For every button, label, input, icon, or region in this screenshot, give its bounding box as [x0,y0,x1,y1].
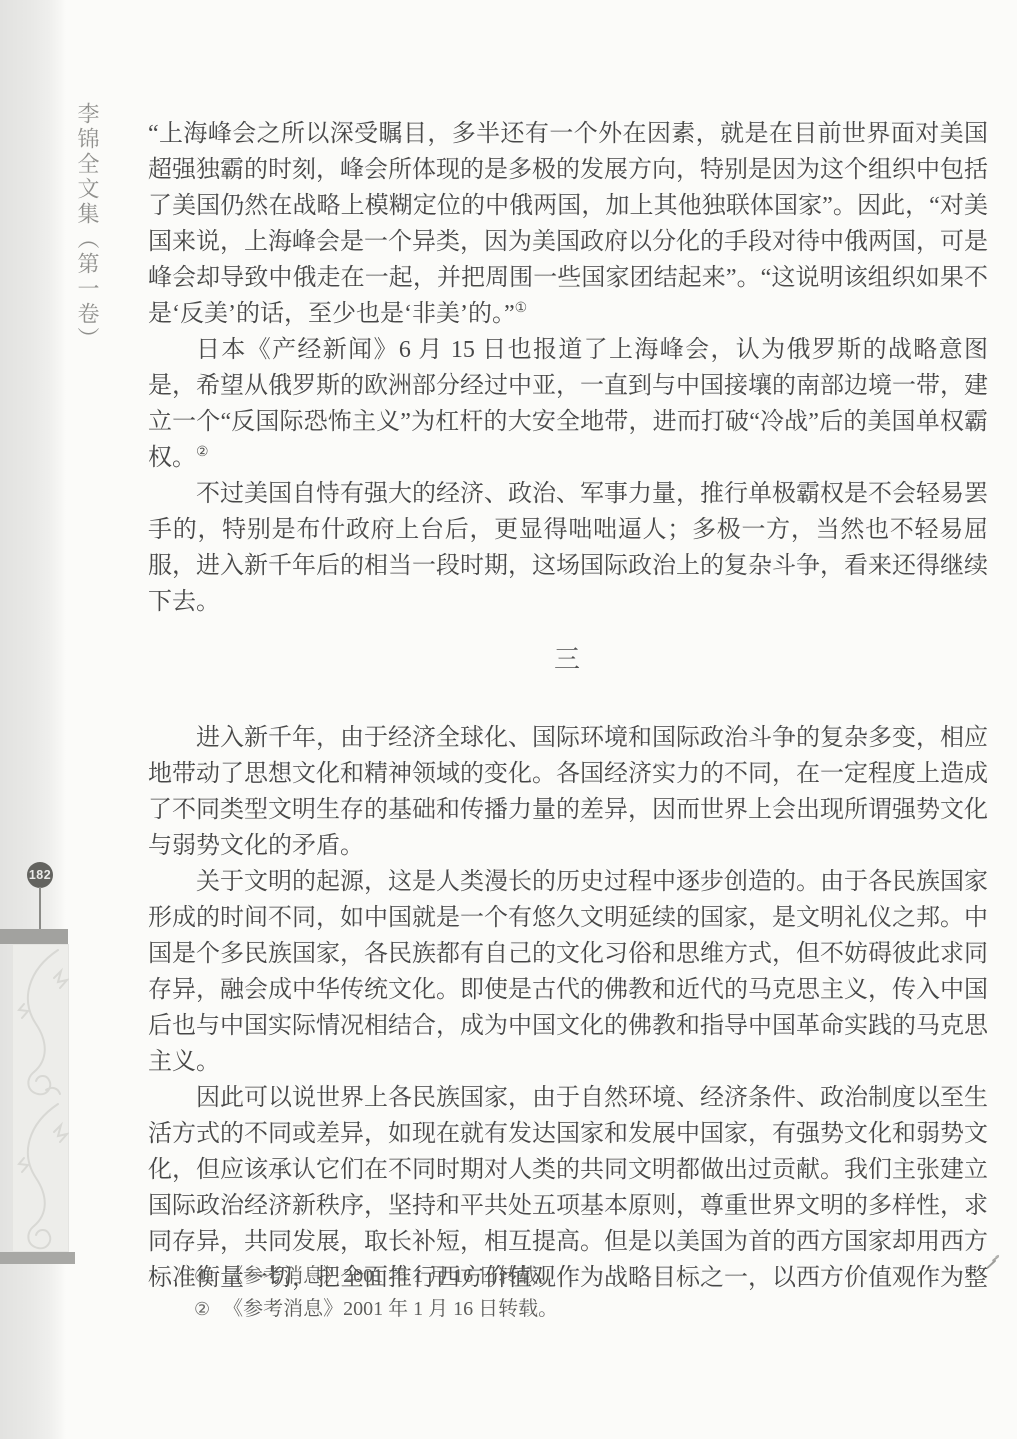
paragraph-4-text: 进入新千年，由于经济全球化、国际环境和国际政治斗争的复杂多变，相应地带动了思想文… [148,725,988,859]
footnote-2: ②《参考消息》2001 年 1 月 16 日转载。 [194,1293,558,1326]
ornament-top-bar [0,929,68,944]
footnote-2-marker: ② [194,1293,210,1326]
scroll-pattern-icon [12,944,69,1252]
footnotes: ①《参考消息》2001 年 1 月 16 日转载。 ②《参考消息》2001 年 … [194,1260,558,1326]
paragraph-3-text: 不过美国自恃有强大的经济、政治、军事力量，推行单极霸权是不会轻易罢手的，特别是布… [148,481,988,615]
ornament-panel [12,944,69,1252]
page-body-text: “上海峰会之所以深受瞩目，多半还有一个外在因素，就是在目前世界面对美国超强独霸的… [148,116,988,1296]
paragraph-3: 不过美国自恃有强大的经济、政治、军事力量，推行单极霸权是不会轻易罢手的，特别是布… [148,476,988,620]
ornament-bottom-bar [0,1252,75,1264]
paragraph-5-text: 关于文明的起源，这是人类漫长的历史过程中逐步创造的。由于各民族国家形成的时间不同… [148,869,988,1075]
paragraph-1-text: “上海峰会之所以深受瞩目，多半还有一个外在因素，就是在目前世界面对美国超强独霸的… [148,121,988,327]
spine-title: 李锦全文集（第一卷） [72,102,103,402]
book-page: 李锦全文集（第一卷） 182 “上海峰会之所以深受瞩目，多半还有一个外在因素，就… [0,0,1017,1439]
footnote-ref-2: ② [196,445,209,460]
footnote-1: ①《参考消息》2001 年 1 月 16 日转载。 [194,1260,558,1293]
footnote-1-text: 《参考消息》2001 年 1 月 16 日转载。 [223,1265,558,1287]
page-number-badge: 182 [27,862,53,888]
paragraph-2-text: 日本《产经新闻》6 月 15 日也报道了上海峰会，认为俄罗斯的战略意图是，希望从… [148,337,988,471]
paragraph-2: 日本《产经新闻》6 月 15 日也报道了上海峰会，认为俄罗斯的战略意图是，希望从… [148,332,988,476]
paragraph-5: 关于文明的起源，这是人类漫长的历史过程中逐步创造的。由于各民族国家形成的时间不同… [148,864,988,1080]
scan-speck [983,1254,1003,1270]
badge-stem-line [39,887,41,931]
paragraph-1: “上海峰会之所以深受瞩目，多半还有一个外在因素，就是在目前世界面对美国超强独霸的… [148,116,988,332]
paragraph-4: 进入新千年，由于经济全球化、国际环境和国际政治斗争的复杂多变，相应地带动了思想文… [148,720,988,864]
footnote-2-text: 《参考消息》2001 年 1 月 16 日转载。 [223,1298,558,1320]
footnote-1-marker: ① [194,1260,210,1293]
section-heading: 三 [148,642,988,678]
footnote-ref-1: ① [515,301,528,316]
